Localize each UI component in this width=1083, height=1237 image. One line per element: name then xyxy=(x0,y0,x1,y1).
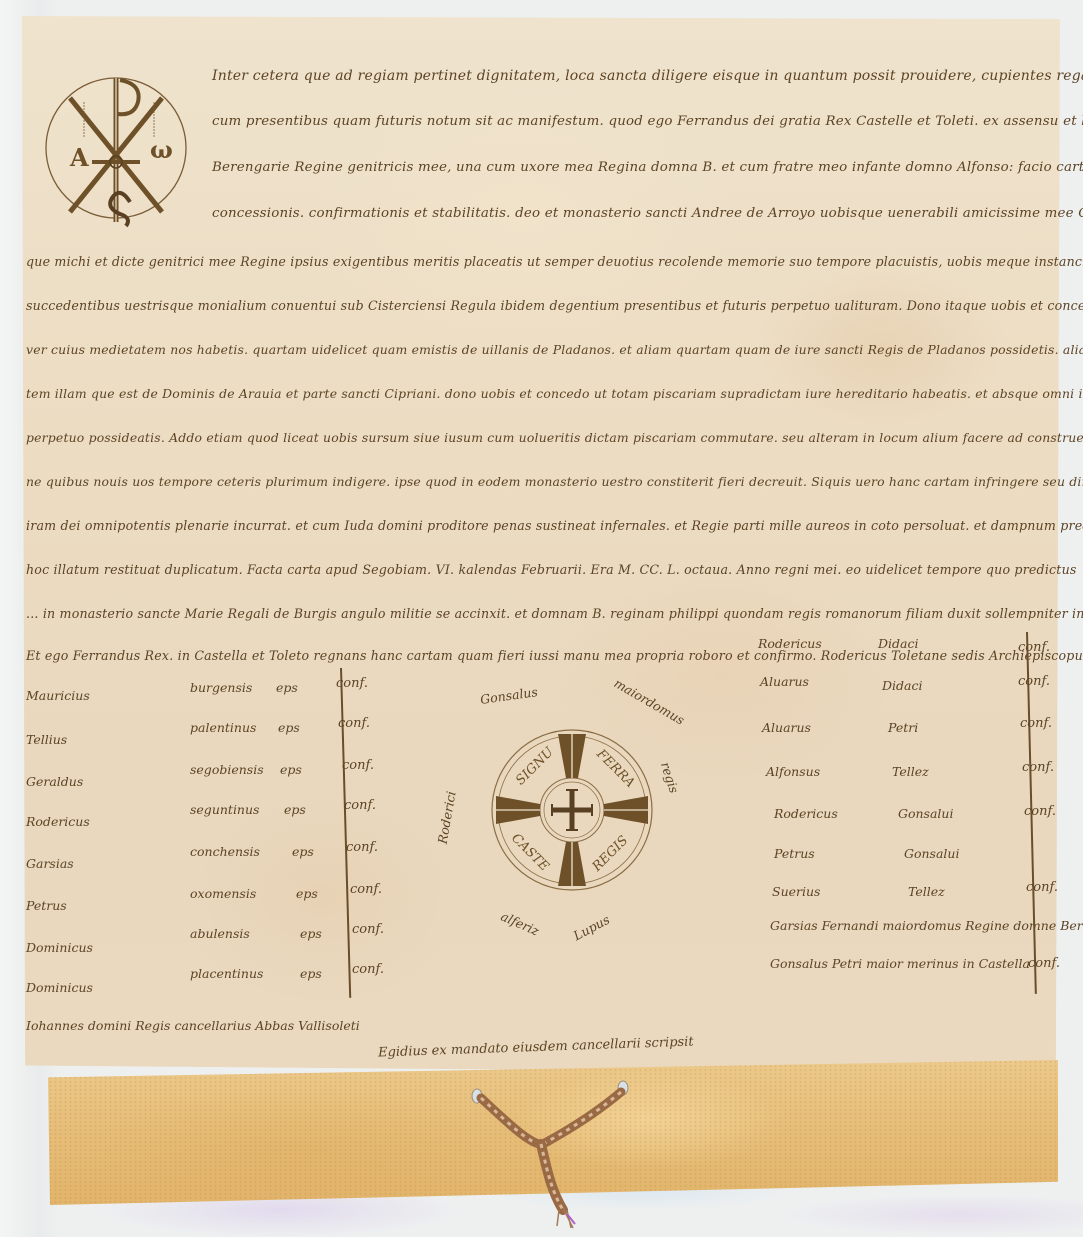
witness-left-see-3: segobiensis xyxy=(190,762,264,777)
svg-text:REGIS: REGIS xyxy=(589,833,631,875)
body-line-1: Inter cetera que ad regiam pertinet dign… xyxy=(212,68,1083,84)
witness-left-name-7: Dominicus xyxy=(26,940,93,955)
conf-mark-left-8: conf. xyxy=(352,962,384,977)
conf-mark-left-2: conf. xyxy=(338,716,370,731)
witness-right-patronymic-3: Petri xyxy=(888,720,918,735)
body-line-3: Berengarie Regine genitricis mee, una cu… xyxy=(212,160,1083,175)
witness-right-patronymic-2: Didaci xyxy=(882,678,922,693)
conf-mark-left-5: conf. xyxy=(346,840,378,855)
body-line-6: succedentibus uestrisque monialium conue… xyxy=(26,298,1083,313)
body-line-10: ne quibus nouis uos tempore ceteris plur… xyxy=(26,474,1083,489)
witness-left-name-2: Tellius xyxy=(26,732,67,747)
body-line-8: tem illam que est de Dominis de Arauia e… xyxy=(26,386,1083,401)
witness-right-patronymic-7: Tellez xyxy=(908,884,945,899)
body-line-11: iram dei omnipotentis plenarie incurrat.… xyxy=(26,518,1083,533)
witness-right-name-7: Suerius xyxy=(772,884,820,899)
body-line-2: cum presentibus quam futuris notum sit a… xyxy=(212,114,1083,129)
witness-right-patronymic-1: Didaci xyxy=(878,636,918,651)
witness-left-name-5: Garsias xyxy=(26,856,74,871)
conf-mark-left-4: conf. xyxy=(344,798,376,813)
body-line-12: hoc illatum restituat duplicatum. Facta … xyxy=(26,562,1077,577)
witness-left-see-6: oxomensis xyxy=(190,886,256,901)
conf-mark-right-3: conf. xyxy=(1020,716,1052,731)
witness-right-name-1: Rodericus xyxy=(758,636,822,651)
conf-mark-left-3: conf. xyxy=(342,758,374,773)
witness-right-name-5: Rodericus xyxy=(774,806,838,821)
witness-left-see-1: burgensis xyxy=(190,680,252,695)
omega-letter: ω xyxy=(150,135,173,164)
witness-left-name-3: Geraldus xyxy=(26,774,83,789)
corroboration-line: Et ego Ferrandus Rex. in Castella et Tol… xyxy=(26,648,1083,663)
conf-mark-right-1: conf. xyxy=(1018,640,1050,655)
witness-right-patronymic-6: Gonsalui xyxy=(904,846,959,861)
rota-seal-icon: SIGNU FERRA REGIS CASTE xyxy=(488,726,656,894)
witness-left-name-8: Dominicus xyxy=(26,980,93,995)
svg-text:SIGNU: SIGNU xyxy=(513,744,557,788)
witness-left-title-1: eps xyxy=(276,680,298,695)
conf-mark-right-5: conf. xyxy=(1024,804,1056,819)
witness-left-name-6: Petrus xyxy=(26,898,67,913)
conf-mark-left-7: conf. xyxy=(352,922,384,937)
witness-left-see-2: palentinus xyxy=(190,720,256,735)
conf-mark-right-2: conf. xyxy=(1018,674,1050,689)
braided-silk-cord-icon xyxy=(455,1080,645,1230)
alpha-letter: A xyxy=(69,143,89,172)
witness-right-name-2: Aluarus xyxy=(760,674,809,689)
witness-right-name-4: Alfonsus xyxy=(766,764,820,779)
chrismon-icon: A ω xyxy=(40,62,192,234)
witness-left-title-7: eps xyxy=(300,926,322,941)
conf-mark-right-7: conf. xyxy=(1028,956,1060,971)
witness-left-title-6: eps xyxy=(296,886,318,901)
witness-right-patronymic-4: Tellez xyxy=(892,764,929,779)
body-line-9: perpetuo possideatis. Addo etiam quod li… xyxy=(26,430,1083,445)
witness-left-name-4: Rodericus xyxy=(26,814,90,829)
witness-left-title-3: eps xyxy=(280,762,302,777)
body-line-7: ver cuius medietatem nos habetis. quarta… xyxy=(26,342,1083,357)
witness-left-see-7: abulensis xyxy=(190,926,250,941)
conf-mark-left-6: conf. xyxy=(350,882,382,897)
scribe-line: Iohannes domini Regis cancellarius Abbas… xyxy=(26,1018,360,1033)
witness-right-name-3: Aluarus xyxy=(762,720,811,735)
witness-right-extra-1: Garsias Fernandi maiordomus Regine domne… xyxy=(770,918,1083,933)
witness-left-title-8: eps xyxy=(300,966,322,981)
witness-left-title-2: eps xyxy=(278,720,300,735)
body-line-5: que michi et dicte genitrici mee Regine … xyxy=(26,254,1083,269)
witness-right-extra-2: Gonsalus Petri maior merinus in Castella xyxy=(770,956,1030,971)
witness-left-see-8: placentinus xyxy=(190,966,263,981)
body-line-13: ... in monasterio sancte Marie Regali de… xyxy=(26,606,1083,621)
conf-mark-right-6: conf. xyxy=(1026,880,1058,895)
witness-right-patronymic-5: Gonsalui xyxy=(898,806,953,821)
witness-left-see-4: seguntinus xyxy=(190,802,259,817)
witness-left-name-1: Mauricius xyxy=(26,688,90,703)
witness-left-title-4: eps xyxy=(284,802,306,817)
witness-left-title-5: eps xyxy=(292,844,314,859)
svg-text:CASTE: CASTE xyxy=(508,831,552,875)
body-line-4: concessionis. confirmationis et stabilit… xyxy=(212,206,1083,221)
conf-mark-right-4: conf. xyxy=(1022,760,1054,775)
witness-left-see-5: conchensis xyxy=(190,844,260,859)
witness-right-name-6: Petrus xyxy=(774,846,815,861)
conf-mark-left-1: conf. xyxy=(336,676,368,691)
svg-text:FERRA: FERRA xyxy=(593,746,638,791)
